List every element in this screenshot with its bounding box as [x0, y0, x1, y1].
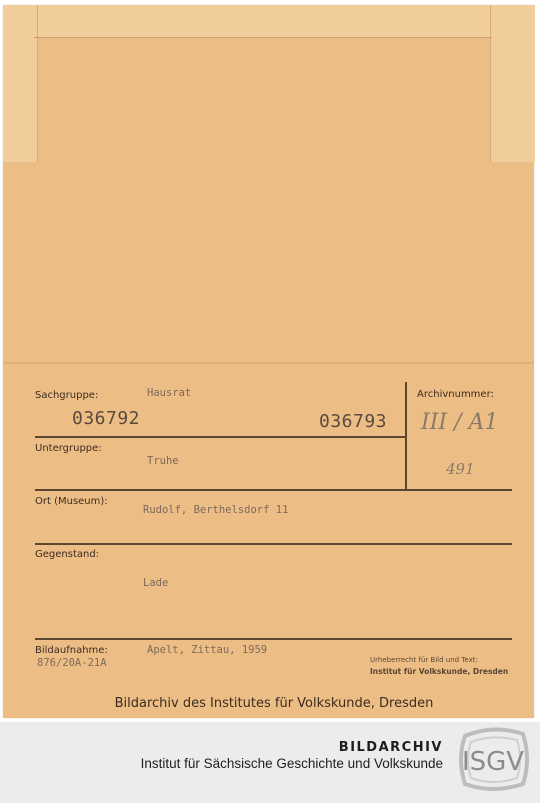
- bildaufnahme-label: Bildaufnahme:: [35, 645, 108, 656]
- card-flap-top: [3, 5, 534, 37]
- card-fold: [3, 362, 534, 365]
- divider: [35, 638, 512, 640]
- divider: [35, 543, 512, 545]
- sachgruppe-value: Hausrat: [147, 387, 191, 399]
- copyright-line2: Institut für Volkskunde, Dresden: [370, 667, 508, 676]
- ort-label: Ort (Museum):: [35, 496, 108, 507]
- svg-text:ISGV: ISGV: [462, 747, 524, 777]
- archivnummer-number: 491: [446, 460, 475, 478]
- card-flap-right: [490, 5, 535, 162]
- archiv-divider: [405, 382, 407, 489]
- gegenstand-value: Lade: [143, 577, 168, 589]
- flap-edge: [34, 37, 492, 38]
- card-flap-left: [3, 5, 38, 162]
- bildaufnahme-negative: 876/20A-21A: [37, 657, 107, 669]
- band-subtitle: Institut für Sächsische Geschichte und V…: [141, 756, 443, 771]
- band-title: BILDARCHIV: [339, 740, 443, 755]
- number-right: 036793: [319, 411, 387, 432]
- divider: [35, 489, 512, 491]
- number-left: 036792: [72, 408, 140, 429]
- archivnummer-label: Archivnummer:: [417, 389, 494, 400]
- copyright-line1: Urheberrecht für Bild und Text:: [370, 656, 478, 664]
- card-footer: Bildarchiv des Institutes für Volkskunde…: [0, 696, 540, 711]
- archivnummer-handwritten: III / A1: [421, 410, 498, 435]
- isgv-logo-icon: ISGV: [455, 726, 531, 792]
- bildaufnahme-value: Apelt, Zittau, 1959: [147, 644, 267, 656]
- gegenstand-label: Gegenstand:: [35, 549, 99, 560]
- ort-value: Rudolf, Berthelsdorf 11: [143, 504, 288, 516]
- divider: [35, 436, 405, 438]
- sachgruppe-label: Sachgruppe:: [35, 390, 98, 401]
- untergruppe-label: Untergruppe:: [35, 443, 102, 454]
- untergruppe-value: Truhe: [147, 455, 179, 467]
